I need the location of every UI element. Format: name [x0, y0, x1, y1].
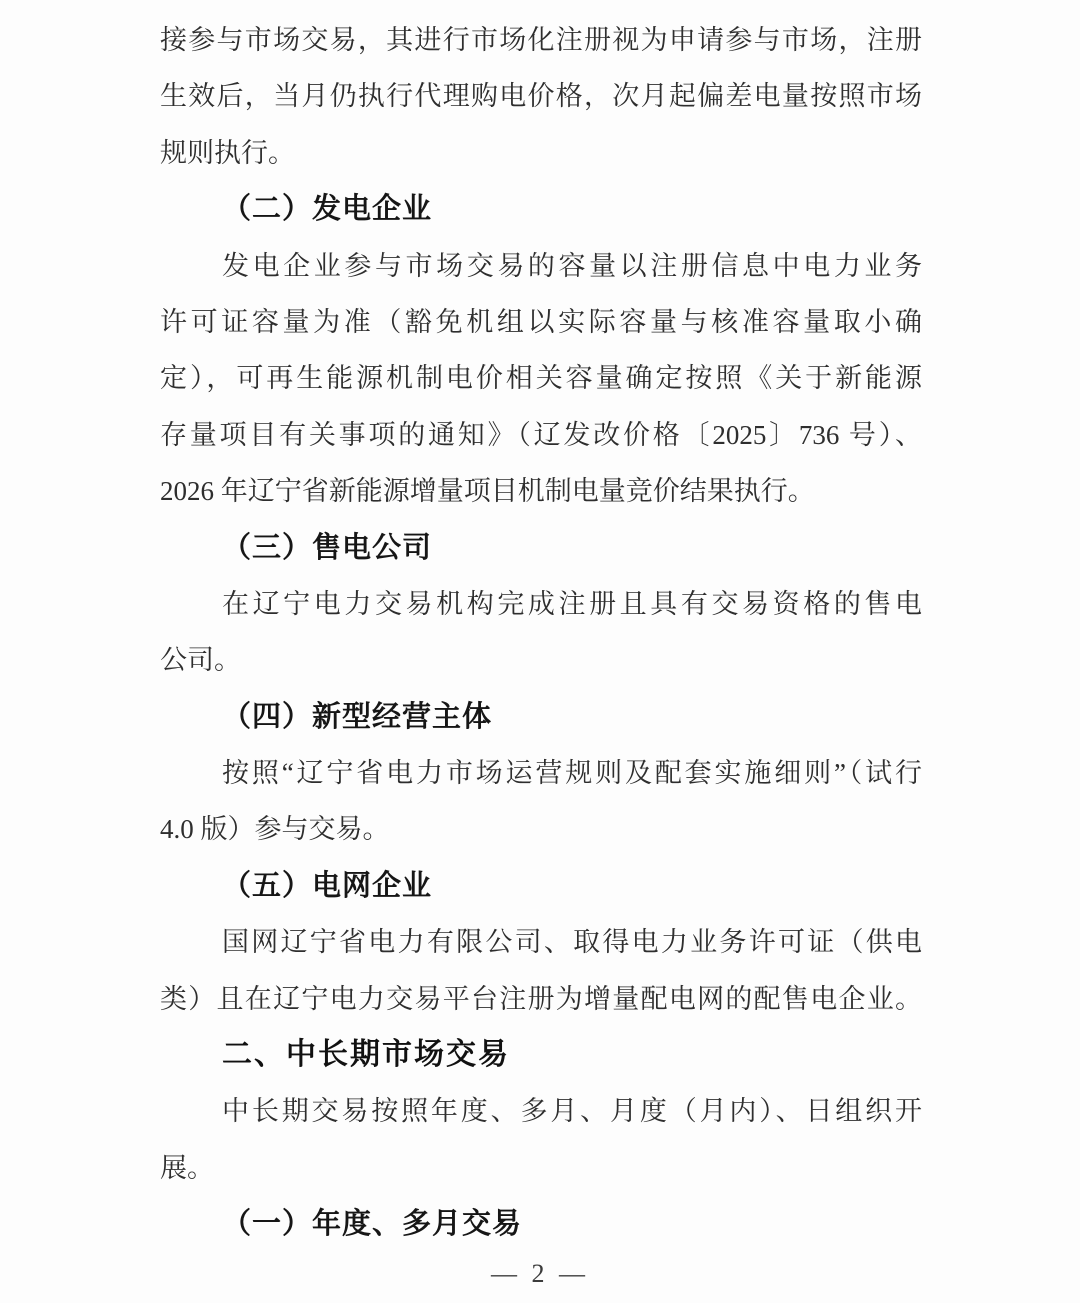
subsection-heading: （三）售电公司 — [160, 520, 922, 576]
text-line: 4.0 版）参与交易。 — [160, 801, 922, 857]
subsection-heading: （四）新型经营主体 — [160, 689, 922, 745]
text-line: 在辽宁电力交易机构完成注册且具有交易资格的售电 — [160, 576, 922, 632]
text-line: 生效后，当月仍执行代理购电价格，次月起偏差电量按照市场 — [160, 68, 922, 124]
text-line: 定），可再生能源机制电价相关容量确定按照《关于新能源 — [160, 350, 922, 406]
text-line: 按照“辽宁省电力市场运营规则及配套实施细则”（试行 — [160, 745, 922, 801]
text-line: 国网辽宁省电力有限公司、取得电力业务许可证（供电 — [160, 914, 922, 970]
text-line: 2026 年辽宁省新能源增量项目机制电量竞价结果执行。 — [160, 463, 922, 519]
subsection-heading: （二）发电企业 — [160, 181, 922, 237]
text-line: 规则执行。 — [160, 125, 922, 181]
subsection-heading: （五）电网企业 — [160, 858, 922, 914]
document-body: 接参与市场交易，其进行市场化注册视为申请参与市场，注册生效后，当月仍执行代理购电… — [160, 12, 922, 1253]
text-line: 中长期交易按照年度、多月、月度（月内）、日组织开 — [160, 1083, 922, 1139]
text-line: 类）且在辽宁电力交易平台注册为增量配电网的配售电企业。 — [160, 971, 922, 1027]
page-number: — 2 — — [491, 1259, 589, 1288]
text-line: 存量项目有关事项的通知》（辽发改价格〔2025〕736 号）、 — [160, 407, 922, 463]
document-page: 接参与市场交易，其进行市场化注册视为申请参与市场，注册生效后，当月仍执行代理购电… — [0, 0, 1080, 1303]
section-heading: 二、中长期市场交易 — [160, 1027, 922, 1083]
text-line: 发电企业参与市场交易的容量以注册信息中电力业务 — [160, 238, 922, 294]
text-line: 许可证容量为准（豁免机组以实际容量与核准容量取小确 — [160, 294, 922, 350]
text-line: 展。 — [160, 1140, 922, 1196]
subsection-heading: （一）年度、多月交易 — [160, 1196, 922, 1252]
text-line: 接参与市场交易，其进行市场化注册视为申请参与市场，注册 — [160, 12, 922, 68]
page-footer: — 2 — — [0, 1252, 1080, 1296]
text-line: 公司。 — [160, 632, 922, 688]
